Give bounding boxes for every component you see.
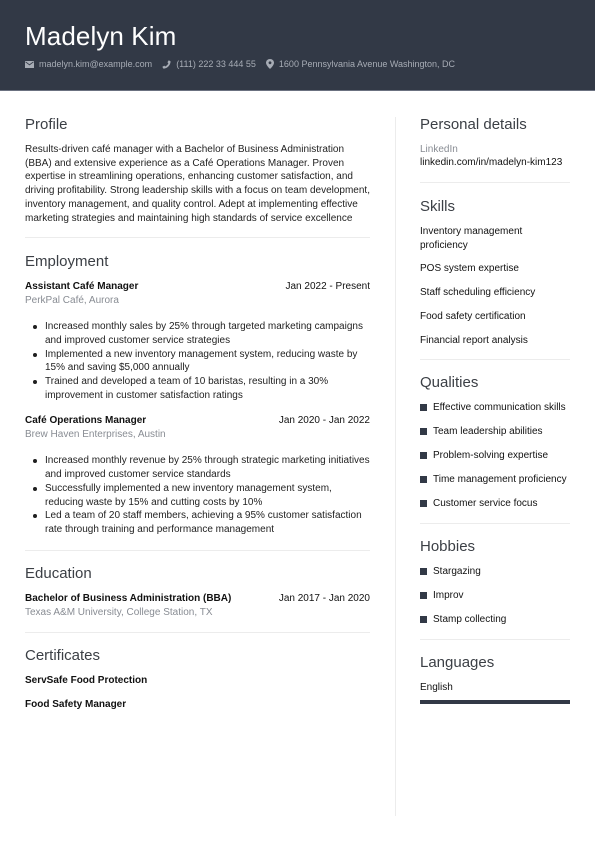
qualities-section: Qualities Effective communication skills… [420,374,570,510]
achievement-item: Led a team of 20 staff members, achievin… [45,509,370,536]
column-divider [395,117,396,816]
section-title-profile: Profile [25,116,370,133]
languages-section: Languages English [420,654,570,704]
address-text: 1600 Pennsylvania Avenue Washington, DC [279,59,455,69]
profile-section: Profile Results-driven café manager with… [25,116,370,225]
job-company: PerkPal Café, Aurora [25,294,370,307]
school-name: Texas A&M University, College Station, T… [25,606,370,619]
hobby-item: Improv [420,589,570,602]
section-title-personal-details: Personal details [420,116,570,133]
skill-item: Financial report analysis [420,334,570,348]
employment-section: Employment Assistant Café Manager Jan 20… [25,253,370,536]
quality-item: Customer service focus [420,497,570,510]
skill-item: Food safety certification [420,310,570,324]
quality-item: Effective communication skills [420,401,570,414]
job-company: Brew Haven Enterprises, Austin [25,428,370,441]
section-title-languages: Languages [420,654,570,671]
contact-address: 1600 Pennsylvania Avenue Washington, DC [266,59,455,69]
job-entry: Café Operations Manager Jan 2020 - Jan 2… [25,414,370,536]
hobby-item: Stargazing [420,565,570,578]
square-bullet-icon [420,616,427,623]
phone-icon [162,60,171,69]
square-bullet-icon [420,476,427,483]
job-dates: Jan 2022 - Present [286,280,371,293]
language-level-bar [420,700,570,704]
phone-text[interactable]: (111) 222 33 444 55 [176,59,256,69]
square-bullet-icon [420,592,427,599]
achievement-item: Implemented a new inventory management s… [45,348,370,375]
section-title-employment: Employment [25,253,370,270]
email-text[interactable]: madelyn.kim@example.com [39,59,152,69]
quality-item: Time management proficiency [420,473,570,486]
quality-text: Time management proficiency [433,473,567,486]
skill-item: Inventory management proficiency [420,225,570,252]
quality-item: Problem-solving expertise [420,449,570,462]
quality-text: Effective communication skills [433,401,566,414]
main-column: Profile Results-driven café manager with… [25,116,370,711]
section-title-certificates: Certificates [25,647,370,664]
achievement-item: Trained and developed a team of 10 baris… [45,375,370,402]
candidate-name: Madelyn Kim [25,21,176,52]
skill-item: Staff scheduling efficiency [420,286,570,300]
hobby-text: Stamp collecting [433,613,506,626]
contact-phone: (111) 222 33 444 55 [162,59,256,69]
contact-email: madelyn.kim@example.com [25,59,152,69]
skills-section: Skills Inventory management proficiency … [420,198,570,347]
language-level-fill [420,700,570,704]
job-title: Café Operations Manager [25,414,146,427]
sidebar-column: Personal details LinkedIn linkedin.com/i… [420,116,570,704]
job-title: Assistant Café Manager [25,280,138,293]
certificates-section: Certificates ServSafe Food Protection Fo… [25,647,370,711]
education-dates: Jan 2017 - Jan 2020 [279,592,370,605]
section-separator [420,639,570,640]
job-achievements: Increased monthly sales by 25% through t… [25,320,370,402]
section-title-education: Education [25,565,370,582]
square-bullet-icon [420,452,427,459]
achievement-item: Increased monthly sales by 25% through t… [45,320,370,347]
degree-title: Bachelor of Business Administration (BBA… [25,592,231,605]
section-separator [420,359,570,360]
square-bullet-icon [420,404,427,411]
job-entry: Assistant Café Manager Jan 2022 - Presen… [25,280,370,402]
section-title-skills: Skills [420,198,570,215]
personal-details-section: Personal details LinkedIn linkedin.com/i… [420,116,570,170]
hobby-item: Stamp collecting [420,613,570,626]
square-bullet-icon [420,568,427,575]
skill-item: POS system expertise [420,262,570,276]
hobbies-section: Hobbies Stargazing Improv Stamp collecti… [420,538,570,626]
section-separator [25,237,370,238]
resume-header: Madelyn Kim madelyn.kim@example.com (111… [0,0,595,91]
certificate-item: Food Safety Manager [25,698,370,711]
job-achievements: Increased monthly revenue by 25% through… [25,454,370,536]
section-separator [25,550,370,551]
section-separator [420,182,570,183]
quality-text: Problem-solving expertise [433,449,548,462]
education-section: Education Bachelor of Business Administr… [25,565,370,619]
section-separator [420,523,570,524]
quality-item: Team leadership abilities [420,425,570,438]
quality-text: Team leadership abilities [433,425,543,438]
language-name: English [420,681,570,694]
hobby-text: Stargazing [433,565,481,578]
section-title-hobbies: Hobbies [420,538,570,555]
job-dates: Jan 2020 - Jan 2022 [279,414,370,427]
envelope-icon [25,61,34,68]
section-separator [25,632,370,633]
profile-summary: Results-driven café manager with a Bache… [25,143,370,225]
linkedin-url[interactable]: linkedin.com/in/madelyn-kim123 [420,156,570,170]
hobby-text: Improv [433,589,464,602]
square-bullet-icon [420,500,427,507]
quality-text: Customer service focus [433,497,537,510]
map-pin-icon [266,59,274,69]
linkedin-label: LinkedIn [420,143,570,156]
square-bullet-icon [420,428,427,435]
certificate-item: ServSafe Food Protection [25,674,370,687]
achievement-item: Increased monthly revenue by 25% through… [45,454,370,481]
section-title-qualities: Qualities [420,374,570,391]
contact-info: madelyn.kim@example.com (111) 222 33 444… [25,59,465,69]
achievement-item: Successfully implemented a new inventory… [45,482,370,509]
